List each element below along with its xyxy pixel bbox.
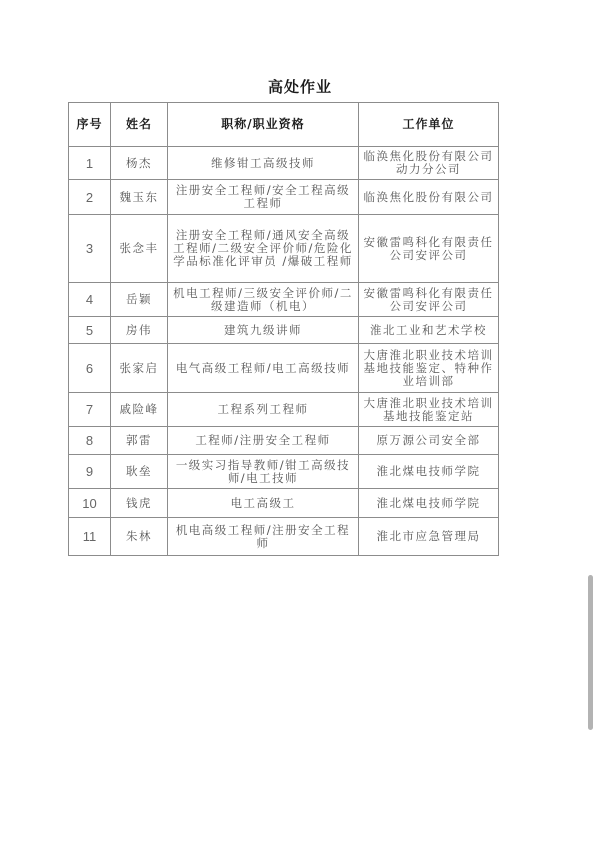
cell-no: 7: [69, 393, 111, 427]
cell-unit: 临涣焦化股份有限公司: [359, 180, 499, 215]
page-title: 高处作业: [0, 76, 600, 97]
table-row: 1 杨杰 维修钳工高级技师 临涣焦化股份有限公司动力分公司: [69, 147, 499, 180]
table-row: 11 朱林 机电高级工程师/注册安全工程师 淮北市应急管理局: [69, 518, 499, 556]
cell-no: 9: [69, 455, 111, 489]
cell-title: 工程师/注册安全工程师: [168, 427, 359, 455]
cell-name: 耿垒: [111, 455, 168, 489]
table-row: 7 戚险峰 工程系列工程师 大唐淮北职业技术培训基地技能鉴定站: [69, 393, 499, 427]
cell-no: 8: [69, 427, 111, 455]
cell-name: 杨杰: [111, 147, 168, 180]
table-row: 8 郭雷 工程师/注册安全工程师 原万源公司安全部: [69, 427, 499, 455]
table-row: 5 房伟 建筑九级讲师 淮北工业和艺术学校: [69, 317, 499, 344]
header-name: 姓名: [111, 103, 168, 147]
header-no: 序号: [69, 103, 111, 147]
cell-no: 5: [69, 317, 111, 344]
cell-name: 戚险峰: [111, 393, 168, 427]
table-row: 10 钱虎 电工高级工 淮北煤电技师学院: [69, 489, 499, 518]
table-row: 2 魏玉东 注册安全工程师/安全工程高级工程师 临涣焦化股份有限公司: [69, 180, 499, 215]
cell-title: 工程系列工程师: [168, 393, 359, 427]
cell-name: 郭雷: [111, 427, 168, 455]
cell-title: 注册安全工程师/安全工程高级工程师: [168, 180, 359, 215]
cell-title: 维修钳工高级技师: [168, 147, 359, 180]
cell-name: 房伟: [111, 317, 168, 344]
cell-unit: 原万源公司安全部: [359, 427, 499, 455]
table-row: 4 岳颖 机电工程师/三级安全评价师/二级建造师（机电） 安徽雷鸣科化有限责任公…: [69, 283, 499, 317]
header-unit: 工作单位: [359, 103, 499, 147]
cell-title: 机电高级工程师/注册安全工程师: [168, 518, 359, 556]
cell-unit: 淮北煤电技师学院: [359, 489, 499, 518]
cell-no: 3: [69, 215, 111, 283]
cell-no: 1: [69, 147, 111, 180]
cell-unit: 安徽雷鸣科化有限责任公司安评公司: [359, 283, 499, 317]
cell-name: 张念丰: [111, 215, 168, 283]
cell-unit: 大唐淮北职业技术培训基地技能鉴定站: [359, 393, 499, 427]
table-row: 3 张念丰 注册安全工程师/通风安全高级工程师/二级安全评价师/危险化学品标准化…: [69, 215, 499, 283]
cell-no: 10: [69, 489, 111, 518]
cell-no: 6: [69, 344, 111, 393]
cell-name: 岳颖: [111, 283, 168, 317]
cell-unit: 淮北市应急管理局: [359, 518, 499, 556]
cell-unit: 淮北工业和艺术学校: [359, 317, 499, 344]
cell-title: 注册安全工程师/通风安全高级工程师/二级安全评价师/危险化学品标准化评审员 /爆…: [168, 215, 359, 283]
personnel-table: 序号 姓名 职称/职业资格 工作单位 1 杨杰 维修钳工高级技师 临涣焦化股份有…: [68, 102, 499, 556]
cell-no: 2: [69, 180, 111, 215]
table-row: 6 张家启 电气高级工程师/电工高级技师 大唐淮北职业技术培训基地技能鉴定、特种…: [69, 344, 499, 393]
table-row: 9 耿垒 一级实习指导教师/钳工高级技师/电工技师 淮北煤电技师学院: [69, 455, 499, 489]
cell-title: 电气高级工程师/电工高级技师: [168, 344, 359, 393]
table-header-row: 序号 姓名 职称/职业资格 工作单位: [69, 103, 499, 147]
cell-unit: 临涣焦化股份有限公司动力分公司: [359, 147, 499, 180]
cell-title: 建筑九级讲师: [168, 317, 359, 344]
cell-name: 魏玉东: [111, 180, 168, 215]
cell-title: 电工高级工: [168, 489, 359, 518]
cell-name: 钱虎: [111, 489, 168, 518]
cell-unit: 大唐淮北职业技术培训基地技能鉴定、特种作业培训部: [359, 344, 499, 393]
cell-no: 11: [69, 518, 111, 556]
cell-unit: 淮北煤电技师学院: [359, 455, 499, 489]
vertical-scrollbar[interactable]: [588, 575, 593, 730]
cell-title: 机电工程师/三级安全评价师/二级建造师（机电）: [168, 283, 359, 317]
cell-unit: 安徽雷鸣科化有限责任公司安评公司: [359, 215, 499, 283]
cell-name: 朱林: [111, 518, 168, 556]
cell-no: 4: [69, 283, 111, 317]
cell-name: 张家启: [111, 344, 168, 393]
cell-title: 一级实习指导教师/钳工高级技师/电工技师: [168, 455, 359, 489]
header-title: 职称/职业资格: [168, 103, 359, 147]
